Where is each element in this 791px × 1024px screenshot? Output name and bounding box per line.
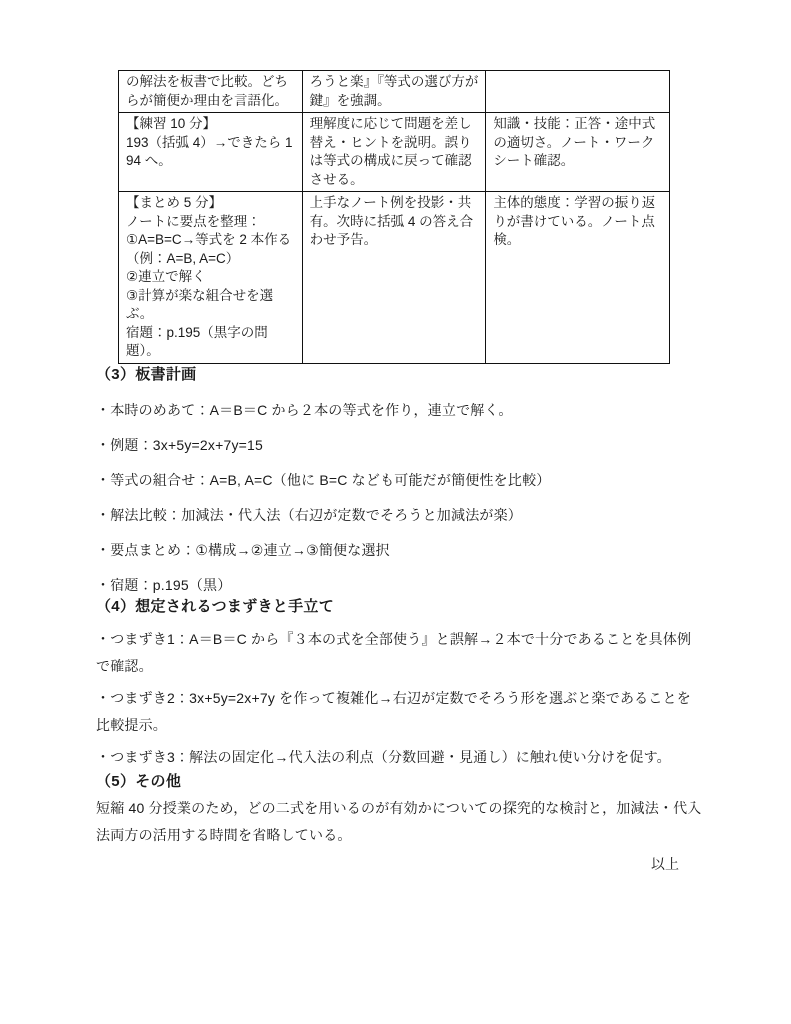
document-page: の解法を板書で比較。どちらが簡便か理由を言語化。 ろうと楽』『等式の選び方が鍵』… [0, 0, 791, 1024]
board-plan-item-key-points: ・要点まとめ：①構成→②連立→③簡便な選択 [96, 540, 702, 561]
cell-activity-practice: 【練習 10 分】 193（括弧 4）→できたら 194 へ。 [119, 113, 303, 192]
board-plan-item-method-compare: ・解法比較：加減法・代入法（右辺が定数でそろうと加減法が楽） [96, 505, 702, 526]
closing-text: 以上 [96, 851, 679, 878]
cell-activity-summary: 【まとめ 5 分】 ノートに要点を整理： ①A=B=C→等式を 2 本作る（例：… [119, 192, 303, 364]
other-body-text: 短縮 40 分授業のため，どの二式を用いるのが有効かについての探究的な検討と，加… [96, 795, 702, 849]
section-heading-other: （5）その他 [96, 771, 702, 793]
section-other: （5）その他 短縮 40 分授業のため，どの二式を用いるのが有効かについての探究… [96, 771, 702, 849]
lesson-flow-table: の解法を板書で比較。どちらが簡便か理由を言語化。 ろうと楽』『等式の選び方が鍵』… [118, 70, 670, 364]
board-plan-item-equation-combo: ・等式の組合せ：A=B, A=C（他に B=C なども可能だが簡便性を比較） [96, 470, 702, 491]
stumble-item-2: ・つまずき2：3x+5y=2x+7y を作って複雑化→右辺が定数でそろう形を選ぶ… [96, 685, 702, 739]
section-heading-board-plan: （3）板書計画 [96, 364, 702, 386]
cell-activity-continuation: の解法を板書で比較。どちらが簡便か理由を言語化。 [119, 71, 303, 113]
cell-support-continuation: ろうと楽』『等式の選び方が鍵』を強調。 [302, 71, 486, 113]
cell-support-practice: 理解度に応じて問題を差し替え・ヒントを説明。誤りは等式の構成に戻って確認させる。 [302, 113, 486, 192]
board-plan-item-goal: ・本時のめあて：A＝B＝C から２本の等式を作り，連立で解く。 [96, 400, 702, 421]
section-heading-stumbles: （4）想定されるつまずきと手立て [96, 596, 702, 618]
section-board-plan: （3）板書計画 ・本時のめあて：A＝B＝C から２本の等式を作り，連立で解く。 … [96, 364, 702, 596]
cell-support-summary: 上手なノート例を投影・共有。次時に括弧 4 の答え合わせ予告。 [302, 192, 486, 364]
stumble-item-3: ・つまずき3：解法の固定化→代入法の利点（分数回避・見通し）に触れ使い分けを促す… [96, 744, 702, 771]
section-stumbles: （4）想定されるつまずきと手立て ・つまずき1：A＝B＝C から『３本の式を全部… [96, 596, 702, 771]
cell-assessment-continuation [486, 71, 670, 113]
table-row-summary: 【まとめ 5 分】 ノートに要点を整理： ①A=B=C→等式を 2 本作る（例：… [119, 192, 670, 364]
cell-assessment-practice: 知識・技能：正答・途中式の適切さ。ノート・ワークシート確認。 [486, 113, 670, 192]
table-row-practice: 【練習 10 分】 193（括弧 4）→できたら 194 へ。 理解度に応じて問… [119, 113, 670, 192]
cell-assessment-summary: 主体的態度：学習の振り返りが書けている。ノート点検。 [486, 192, 670, 364]
document-content: の解法を板書で比較。どちらが簡便か理由を言語化。 ろうと楽』『等式の選び方が鍵』… [96, 70, 702, 878]
table-row-continuation: の解法を板書で比較。どちらが簡便か理由を言語化。 ろうと楽』『等式の選び方が鍵』… [119, 71, 670, 113]
board-plan-item-example: ・例題：3x+5y=2x+7y=15 [96, 435, 702, 456]
stumble-item-1: ・つまずき1：A＝B＝C から『３本の式を全部使う』と誤解→２本で十分であること… [96, 626, 702, 680]
board-plan-item-homework: ・宿題：p.195（黒） [96, 575, 702, 596]
